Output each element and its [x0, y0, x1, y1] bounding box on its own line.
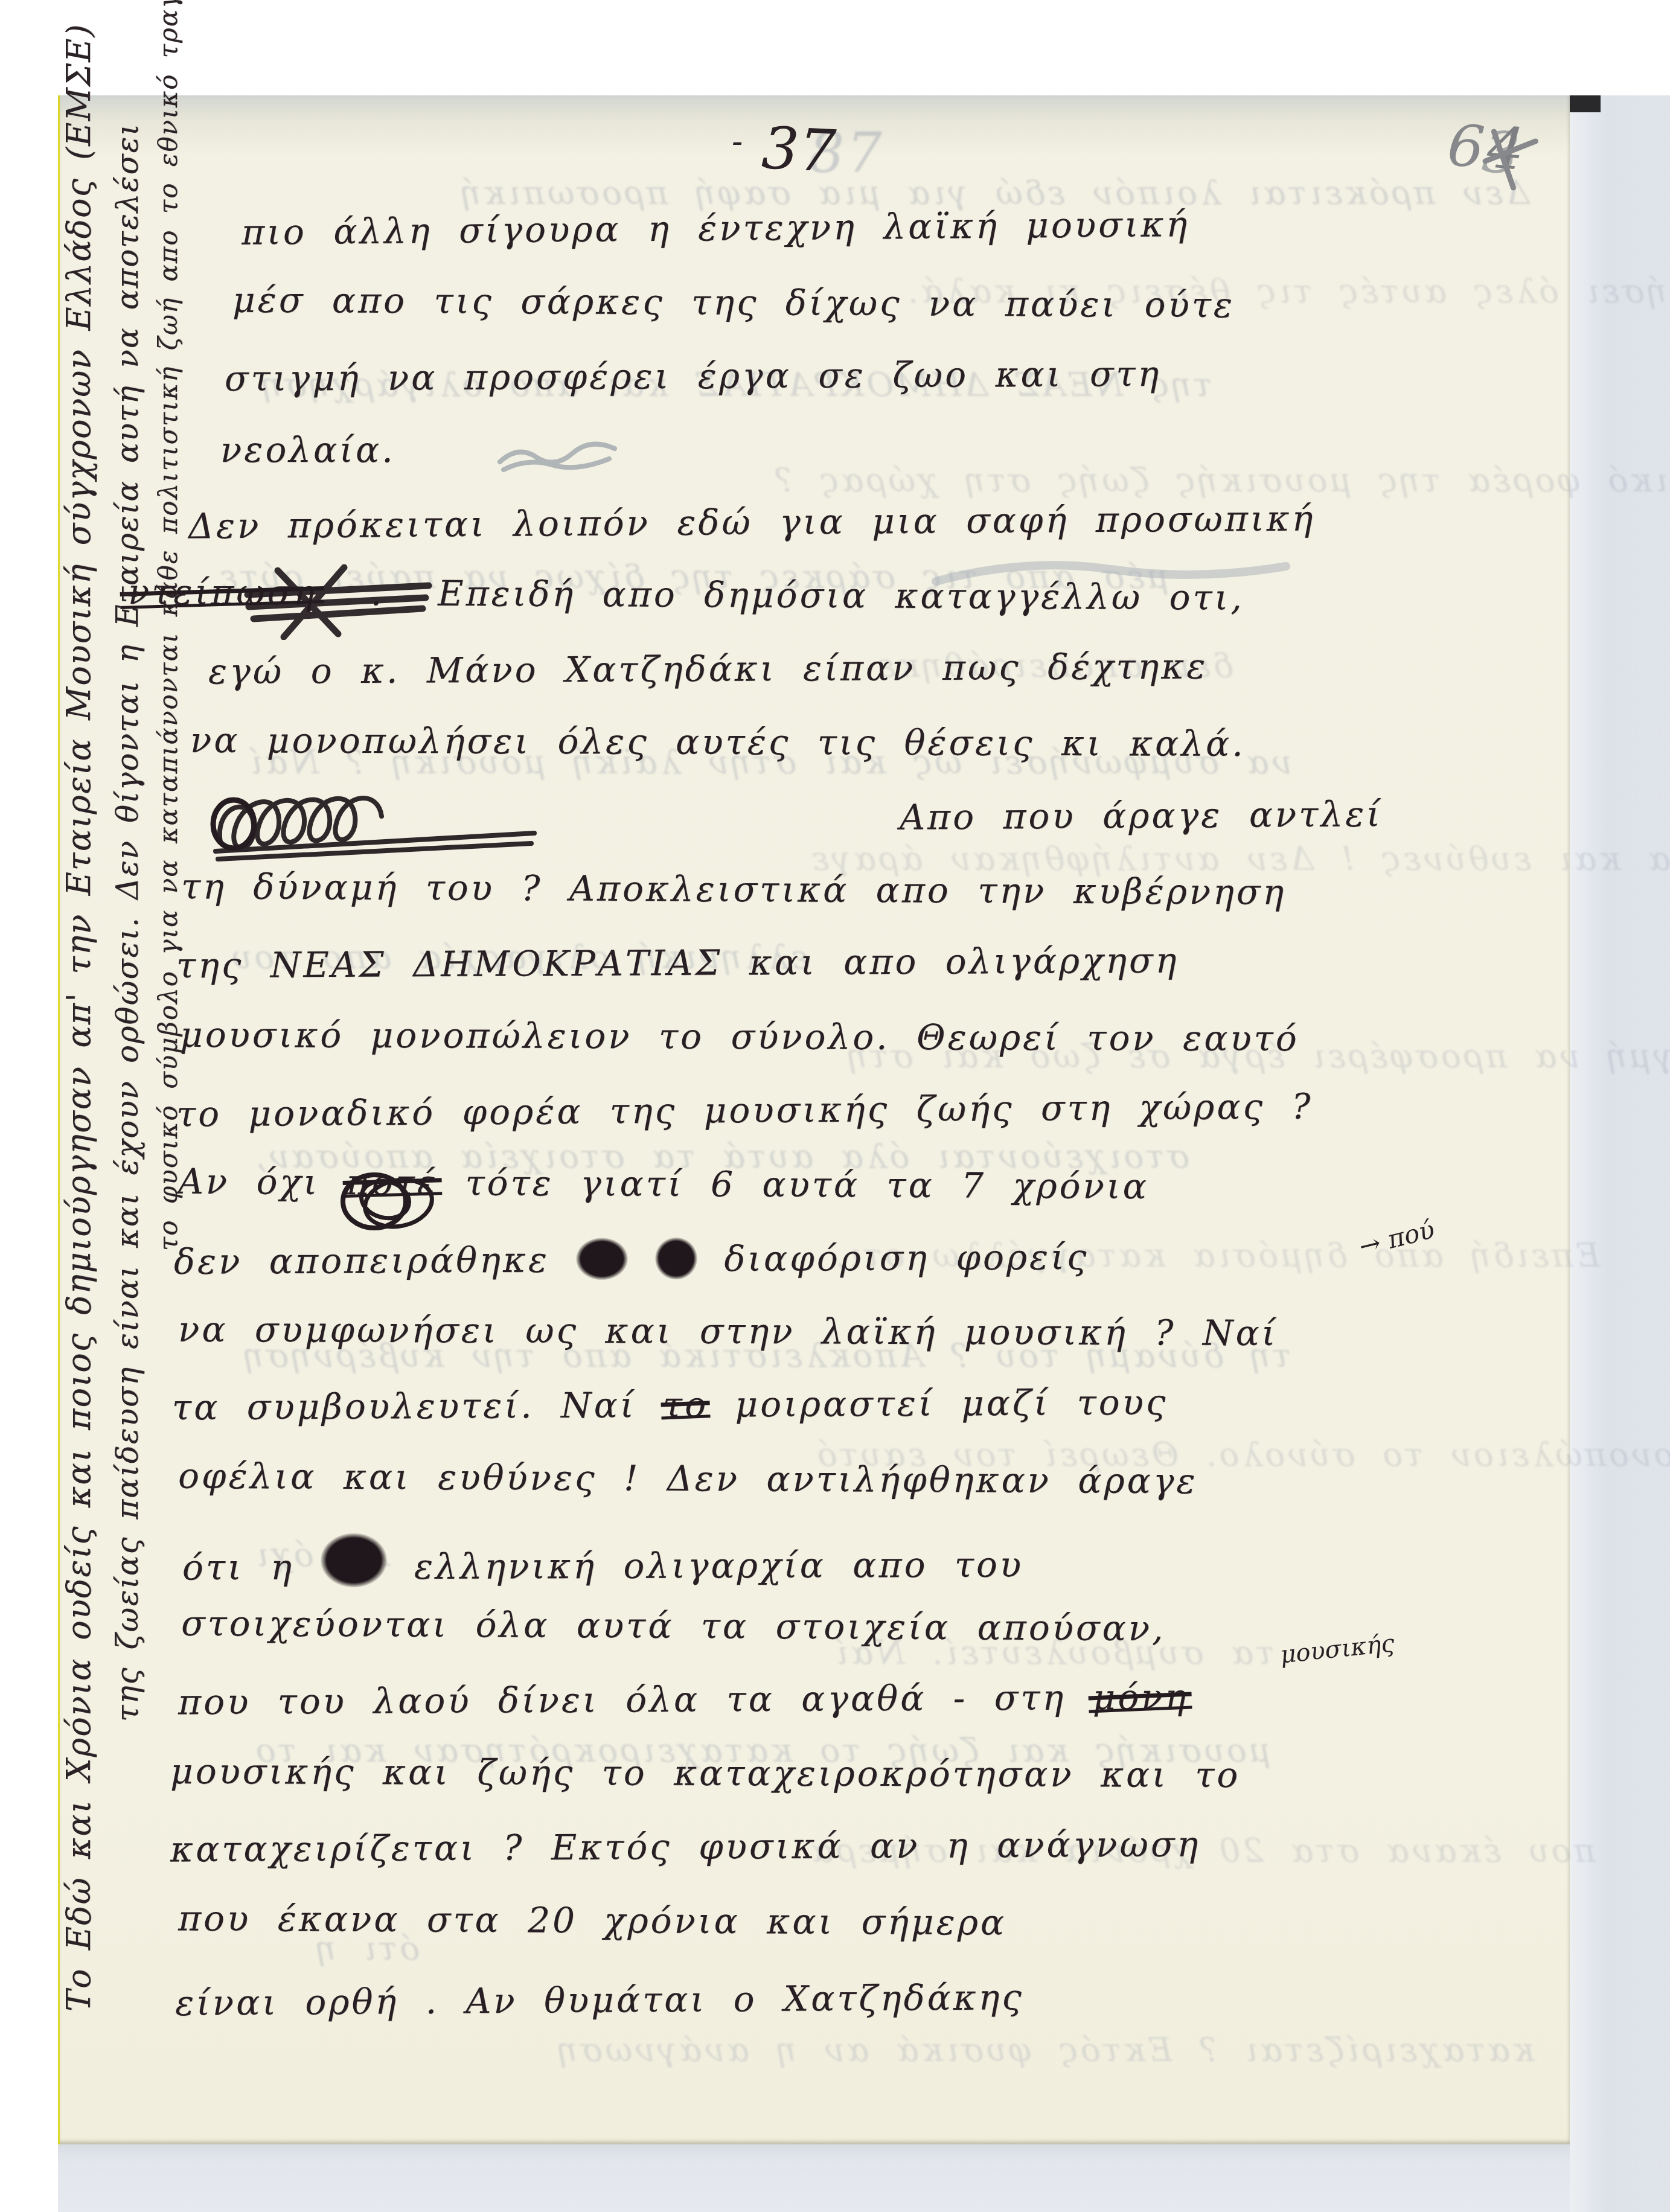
scanner-background-right [1570, 95, 1670, 2212]
margin-note-line: της ζωείας παίδευση είναι και έχουν ορθώ… [112, 237, 142, 1722]
handwritten-line: στιγμή να προσφέρει έργα σε ζωο και στη [225, 354, 1162, 399]
handwritten-line: που του λαού δίνει όλα τα αγαθά - στη μό… [178, 1677, 1189, 1722]
handwritten-line: νεολαία. [220, 430, 395, 470]
handwritten-line-text: δεν αποπειράθηκε [174, 1239, 549, 1282]
page-number-dash: - [732, 126, 743, 158]
bleedthrough-ghost: το μοναδικό φορέα της μουσικής ζωής στη … [773, 464, 1670, 497]
pencil-scribble [495, 441, 622, 477]
folio-number: 634 [1445, 117, 1487, 177]
handwritten-line: πιο άλλη σίγουρα η έντεχνη λαϊκή μουσική [242, 204, 1190, 252]
bleedthrough-ghost: Δεν πρόκειται λοιπόν εδώ για μια σαφή πρ… [459, 176, 1530, 209]
scanner-background-bottom [58, 2144, 1570, 2212]
handwritten-line: που έκανα στα 20 χρόνια και σήμερα [178, 1898, 1006, 1943]
handwritten-line: ότι η ελληνική ολιγαρχία απο του [182, 1531, 1023, 1588]
bleedthrough-ghost: καταχειρίζεται ? Εκτός φυσικά αν η ανάγν… [555, 2033, 1535, 2067]
handwritten-line: μουσικό μονοπώλειον το σύνολο. Θεωρεί το… [180, 1015, 1299, 1059]
handwritten-line: καταχειρίζεται ? Εκτός φυσικά αν η ανάγν… [170, 1824, 1200, 1870]
pencil-smear [930, 554, 1292, 596]
handwritten-line: τη δύναμή του ? Αποκλειστικά απο την κυβ… [181, 866, 1287, 912]
handwritten-line-text: που του λαού δίνει όλα τα αγαθά - στη [178, 1677, 1066, 1723]
handwritten-line-text: διαφόριση φορείς [724, 1236, 1089, 1279]
margin-note-line: Το Εδώ και Χρόνια ουδείς και ποιος δημιο… [63, 176, 95, 2012]
page-number: 37 [761, 119, 837, 181]
ink-scribble-dense [242, 561, 441, 640]
handwritten-line: να συμφωνήσει ως και στην λαϊκή μουσική … [178, 1309, 1278, 1354]
margin-note-line: το φυσικό σύμβολο για να καταπιάνονται κ… [156, 128, 181, 1251]
handwritten-line-text: μοιραστεί μαζί τους [735, 1382, 1168, 1425]
handwritten-line: τα συμβουλευτεί. Ναί το μοιραστεί μαζί τ… [172, 1382, 1168, 1428]
handwritten-line: Δεν πρόκειται λοιπόν εδώ για μια σαφή πρ… [188, 498, 1316, 546]
scanned-manuscript-page: Δεν πρόκειται λοιπόν εδώ για μια σαφή πρ… [0, 0, 1670, 2212]
folio-correction-stroke [1471, 124, 1543, 196]
ink-blot [576, 1238, 628, 1280]
handwritten-line: το μοναδικό φορέα της μουσικής ζωής στη … [176, 1086, 1313, 1134]
handwritten-line: μουσικής και ζωής το καταχειροκρότησαν κ… [170, 1751, 1241, 1795]
handwritten-line: της ΝΕΑΣ ΔΗΜΟΚΡΑΤΙΑΣ και απο ολιγάρχηση [176, 941, 1179, 986]
struck-out-word: μόνη [1092, 1677, 1188, 1718]
handwritten-line: να μονοπωλήσει όλες αυτές τις θέσεις κι … [190, 720, 1246, 764]
handwritten-line-text: ελληνική ολιγαρχία απο του [414, 1544, 1024, 1588]
ink-strikeout [661, 1401, 711, 1419]
handwritten-line: είναι ορθή . Αν θυμάται ο Χατζηδάκης [175, 1977, 1024, 2024]
handwritten-line-text: τότε γιατί 6 αυτά τα 7 χρόνια [465, 1162, 1149, 1207]
ink-scribble-loops [208, 788, 546, 866]
ink-blot [655, 1237, 697, 1279]
handwritten-line-text: ότι η [182, 1547, 294, 1588]
scan-corner-black-tab [1569, 95, 1601, 112]
handwritten-line-text: τα συμβουλευτεί. Ναί [172, 1384, 636, 1428]
handwritten-line-text: Αν όχι [178, 1161, 320, 1203]
handwritten-line: στοιχεύονται όλα αυτά τα στοιχεία απούσα… [181, 1603, 1166, 1649]
handwritten-line: Απο που άραγε αντλεί [900, 794, 1383, 837]
ink-blot [321, 1533, 387, 1587]
handwritten-line: μέσ απο τις σάρκες της δίχως να παύει ού… [232, 280, 1235, 325]
handwritten-line: Αν όχι ποτέ τότε γιατί 6 αυτά τα 7 χρόνι… [178, 1162, 1149, 1207]
handwritten-line: εγώ ο κ. Μάνο Χατζηδάκι είπαν πως δέχτηκ… [208, 647, 1208, 692]
struck-out-word: το [663, 1385, 708, 1425]
handwritten-line: οφέλια και ευθύνες ! Δεν αντιλήφθηκαν άρ… [178, 1456, 1198, 1502]
handwritten-line: δεν αποπειράθηκε διαφόριση φορείς [174, 1235, 1089, 1282]
ink-scribble-loops [338, 1168, 453, 1235]
